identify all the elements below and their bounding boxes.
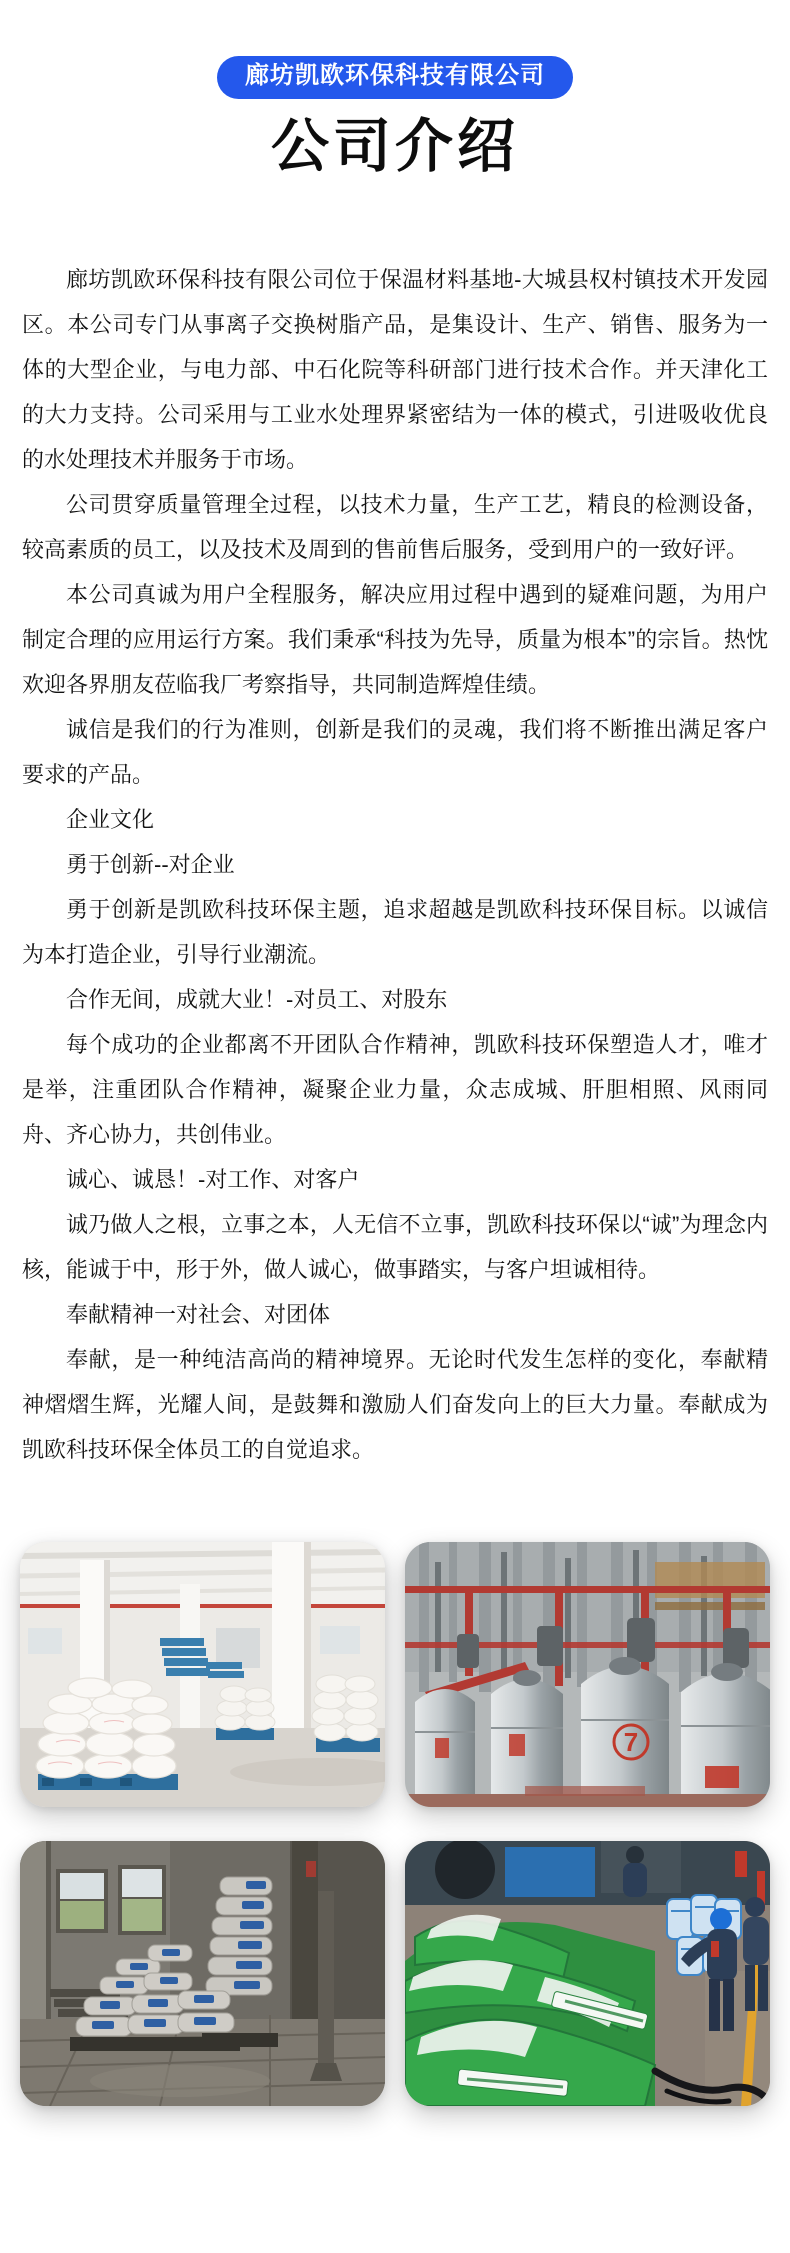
- photo-gallery: 7: [20, 1542, 770, 2106]
- paragraph-teamwork: 每个成功的企业都离不开团队合作精神，凯欧科技环保塑造人才，唯才是举，注重团队合作…: [22, 1022, 768, 1157]
- warehouse-stacked-bags-illustration: [20, 1841, 385, 2106]
- warehouse-stacked-bags-photo: [20, 1841, 385, 2106]
- header: 廊坊凯欧环保科技有限公司: [0, 0, 790, 99]
- warehouse-white-bags-illustration: [20, 1542, 385, 1807]
- heading-cooperation: 合作无间，成就大业！-对员工、对股东: [22, 977, 768, 1022]
- paragraph-innovation: 勇于创新是凯欧科技环保主题，追求超越是凯欧科技环保目标。以诚信为本打造企业，引导…: [22, 887, 768, 977]
- paragraph-company-location: 廊坊凯欧环保科技有限公司位于保温材料基地-大城县权村镇技术开发园区。本公司专门从…: [22, 257, 768, 482]
- heading-dedication: 奉献精神一对社会、对团体: [22, 1292, 768, 1337]
- reactor-equipment-photo: 7: [405, 1542, 770, 1807]
- green-product-bags-photo: [405, 1841, 770, 2106]
- company-introduction-article: 廊坊凯欧环保科技有限公司位于保温材料基地-大城县权村镇技术开发园区。本公司专门从…: [22, 257, 768, 1472]
- paragraph-quality-management: 公司贯穿质量管理全过程，以技术力量，生产工艺，精良的检测设备，较高素质的员工，以…: [22, 482, 768, 572]
- paragraph-integrity: 诚信是我们的行为准则，创新是我们的灵魂，我们将不断推出满足客户要求的产品。: [22, 707, 768, 797]
- paragraph-service: 本公司真诚为用户全程服务，解决应用过程中遇到的疑难问题，为用户制定合理的应用运行…: [22, 572, 768, 707]
- green-product-bags-illustration: [405, 1841, 770, 2106]
- page-title: 公司介绍: [0, 115, 790, 179]
- paragraph-sincerity: 诚乃做人之根，立事之本，人无信不立事，凯欧科技环保以“诚”为理念内核，能诚于中，…: [22, 1202, 768, 1292]
- heading-sincerity: 诚心、诚恳！-对工作、对客户: [22, 1157, 768, 1202]
- heading-corporate-culture: 企业文化: [22, 797, 768, 842]
- tank-number-label: 7: [624, 1727, 638, 1757]
- paragraph-dedication: 奉献，是一种纯洁高尚的精神境界。无论时代发生怎样的变化，奉献精神熠熠生辉，光耀人…: [22, 1337, 768, 1472]
- company-name-badge: 廊坊凯欧环保科技有限公司: [217, 56, 573, 99]
- warehouse-white-bags-photo: [20, 1542, 385, 1807]
- reactor-equipment-illustration: 7: [405, 1542, 770, 1807]
- heading-innovation: 勇于创新--对企业: [22, 842, 768, 887]
